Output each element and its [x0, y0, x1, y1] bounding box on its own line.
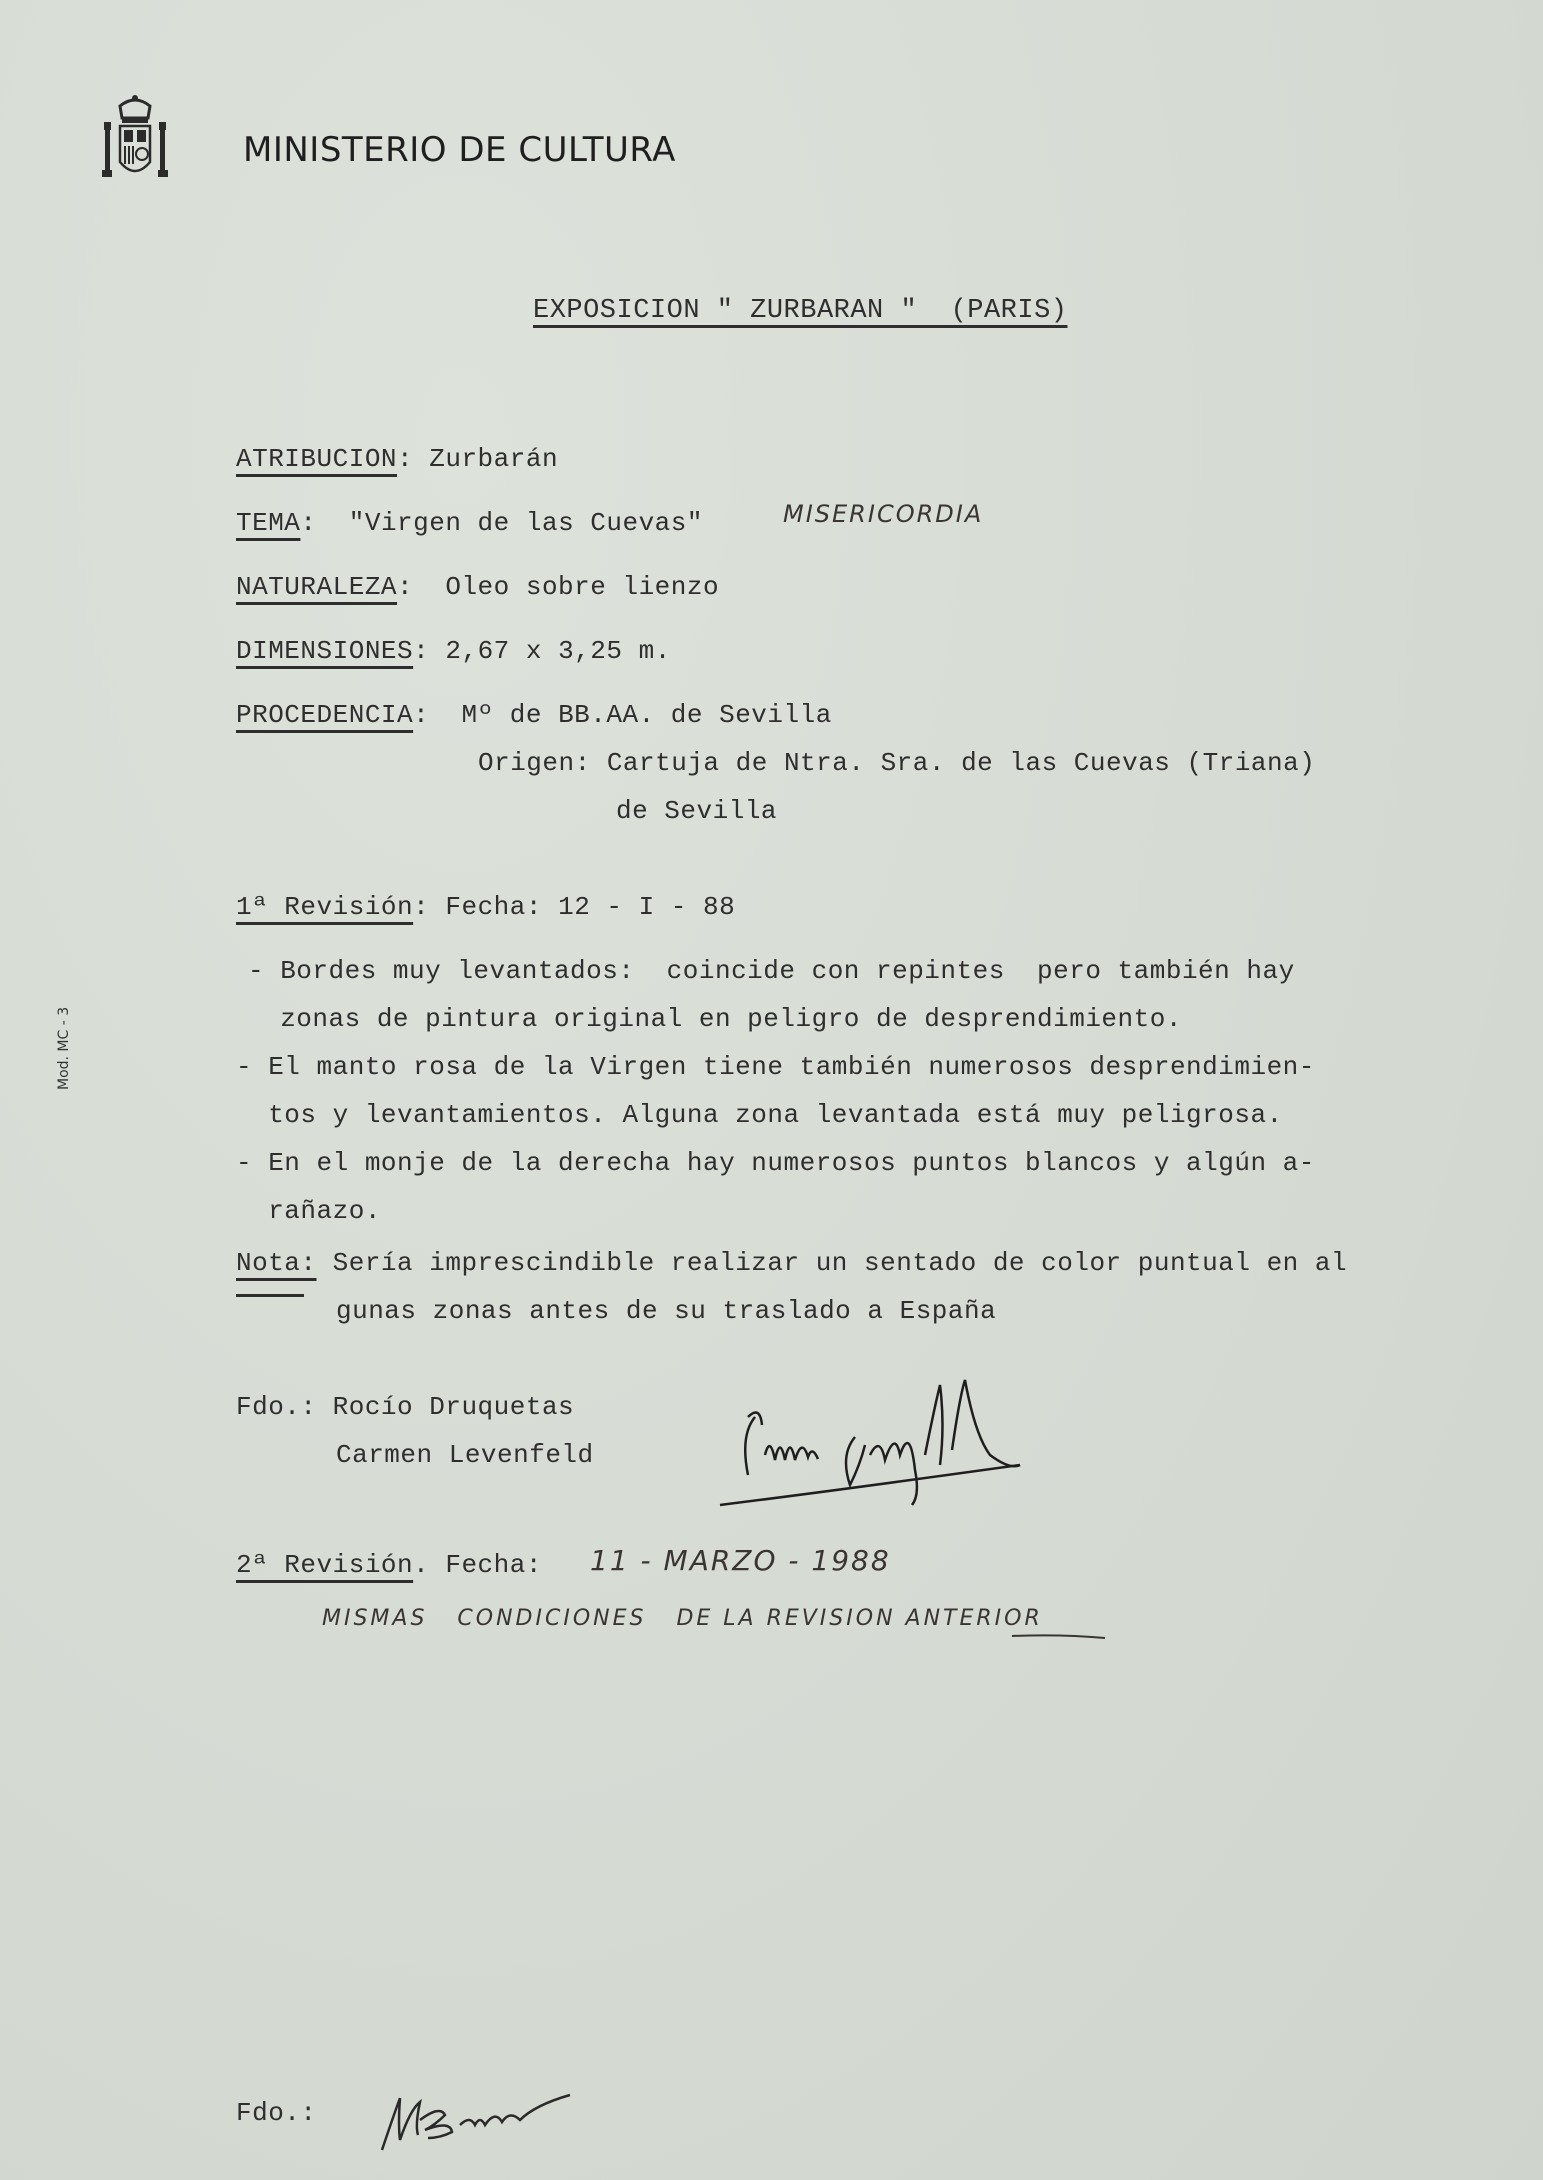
spanish-coat-of-arms-icon	[100, 92, 170, 182]
signature-mbedan	[370, 2080, 620, 2160]
form-code-label: Mod. MC - 3	[56, 1007, 72, 1090]
field-value: Zurbarán	[429, 444, 558, 474]
note-line: - El manto rosa de la Virgen tiene tambi…	[236, 1052, 1315, 1100]
nota-label: Nota:	[236, 1248, 317, 1278]
origen-line-1: Origen: Cartuja de Ntra. Sra. de las Cue…	[478, 748, 1315, 778]
field-dimensiones: DIMENSIONES: 2,67 x 3,25 m.	[236, 636, 671, 666]
revision-1-header: 1ª Revisión: Fecha: 12 - I - 88	[236, 892, 735, 922]
nota-text: Sería imprescindible realizar un sentado…	[333, 1248, 1347, 1278]
revision-2-header: 2ª Revisión. Fecha:	[236, 1550, 542, 1580]
nota-double-underline	[236, 1294, 304, 1297]
final-signature-label: Fdo.:	[236, 2098, 317, 2128]
revision-2-date-handwritten: 11 - MARZO - 1988	[590, 1544, 891, 1577]
note-line: tos y levantamientos. Alguna zona levant…	[236, 1100, 1315, 1148]
signatories: Fdo.: Rocío Druquetas	[236, 1392, 574, 1422]
document-title: EXPOSICION " ZURBARAN " (PARIS)	[533, 296, 1067, 326]
note-line: rañazo.	[236, 1196, 1315, 1244]
field-label: PROCEDENCIA	[236, 700, 413, 730]
field-label: TEMA	[236, 508, 300, 538]
field-tema: TEMA: "Virgen de las Cuevas"	[236, 508, 703, 538]
revision-1-notes: - Bordes muy levantados: coincide con re…	[236, 956, 1315, 1244]
signatory-name: Carmen Levenfeld	[336, 1440, 594, 1470]
nota: Nota: Sería imprescindible realizar un s…	[236, 1248, 1347, 1278]
handwritten-underline	[1010, 1630, 1110, 1642]
field-atribucion: ATRIBUCION: Zurbarán	[236, 444, 558, 474]
field-value: "Virgen de las Cuevas"	[349, 508, 703, 538]
signature-carmen-levenfeld	[690, 1375, 1140, 1515]
handwritten-annotation: MISERICORDIA	[783, 500, 983, 528]
letterhead	[100, 92, 170, 187]
signatory-name: Rocío Druquetas	[333, 1392, 575, 1422]
field-label: DIMENSIONES	[236, 636, 413, 666]
field-procedencia: PROCEDENCIA: Mº de BB.AA. de Sevilla	[236, 700, 832, 730]
revision-date: 12 - I - 88	[558, 892, 735, 922]
nota-text-continued: gunas zonas antes de su traslado a Españ…	[336, 1296, 996, 1326]
field-value: 2,67 x 3,25 m.	[445, 636, 670, 666]
ministry-name: MINISTERIO DE CULTURA	[243, 130, 676, 170]
note-line: - En el monje de la derecha hay numeroso…	[236, 1148, 1315, 1196]
origen-line-2: de Sevilla	[616, 796, 777, 826]
field-naturaleza: NATURALEZA: Oleo sobre lienzo	[236, 572, 719, 602]
field-label: NATURALEZA	[236, 572, 397, 602]
field-value: Mº de BB.AA. de Sevilla	[461, 700, 831, 730]
field-label: ATRIBUCION	[236, 444, 397, 474]
revision-label: 2ª Revisión	[236, 1550, 413, 1580]
revision-2-note-handwritten: MISMAS CONDICIONES DE LA REVISION ANTERI…	[322, 1606, 1043, 1631]
note-line: zonas de pintura original en peligro de …	[236, 1004, 1315, 1052]
note-line: - Bordes muy levantados: coincide con re…	[236, 956, 1315, 1004]
field-value: Oleo sobre lienzo	[445, 572, 719, 602]
revision-label: 1ª Revisión	[236, 892, 413, 922]
